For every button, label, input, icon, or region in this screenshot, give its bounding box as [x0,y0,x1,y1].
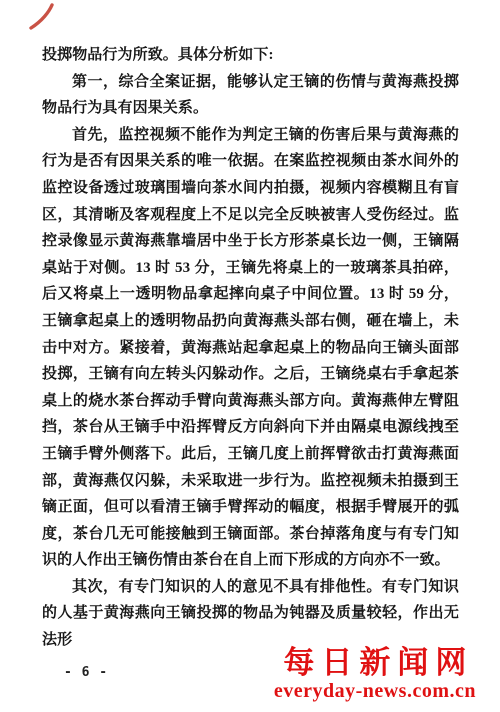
watermark-site-name: 每日新闻网 [274,646,483,679]
paragraph: 投掷物品行为所致。具体分析如下: [42,42,459,69]
paragraph: 第一，综合全案证据，能够认定王镝的伤情与黄海燕投掷物品行为具有因果关系。 [42,69,459,122]
document-body: 投掷物品行为所致。具体分析如下: 第一，综合全案证据，能够认定王镝的伤情与黄海燕… [42,42,459,654]
watermark: 每日新闻网 everyday-news.com.cn [274,646,476,702]
paragraph: 首先，监控视频不能作为判定王镝的伤害后果与黄海燕的行为是否有因果关系的唯一依据。… [42,122,459,574]
document-page: 投掷物品行为所致。具体分析如下: 第一，综合全案证据，能够认定王镝的伤情与黄海燕… [0,0,500,712]
red-pen-mark-icon [26,2,58,32]
page-number: - 6 - [64,665,108,680]
watermark-domain: everyday-news.com.cn [274,680,476,702]
paragraph: 其次，有专门知识的人的意见不具有排他性。有专门知识的人基于黄海燕向王镝投掷的物品… [42,574,459,654]
